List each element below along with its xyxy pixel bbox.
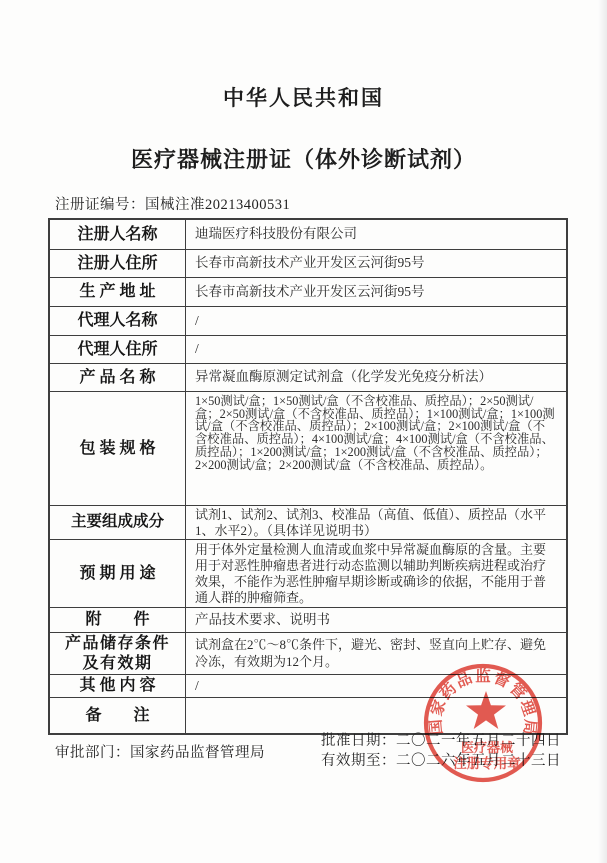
row-label: 其 他 内 容 — [50, 675, 186, 697]
country-title: 中华人民共和国 — [0, 82, 607, 112]
certificate-page: 中华人民共和国 医疗器械注册证（体外诊断试剂） 注册证编号：国械注准202134… — [0, 0, 607, 863]
row-label: 注册人名称 — [50, 220, 186, 249]
row-value: / — [186, 336, 566, 363]
table-row-product-name: 产 品 名 称 异常凝血酶原测定试剂盒（化学发光免疫分析法） — [50, 363, 566, 391]
seal-ring-char: 局 — [520, 719, 539, 736]
row-label: 注册人住所 — [50, 250, 186, 277]
official-seal-stamp: 国 家 药 品 监 督 管 理 局 医疗器械 注册专用章 — [410, 650, 562, 802]
row-label: 代理人住所 — [50, 336, 186, 363]
row-label: 主要组成成分 — [50, 506, 186, 539]
row-value: / — [186, 307, 566, 335]
seal-inner-line2: 注册专用章 — [453, 755, 521, 771]
row-label: 代理人名称 — [50, 307, 186, 335]
row-label: 产品储存条件及有效期 — [50, 633, 186, 674]
row-value: 长春市高新技术产业开发区云河街95号 — [186, 250, 566, 277]
row-value: 产品技术要求、说明书 — [186, 608, 566, 632]
row-label: 备 注 — [50, 698, 186, 733]
table-row-agent-address: 代理人住所 / — [50, 335, 566, 363]
table-row-registrant-name: 注册人名称 迪瑞医疗科技股份有限公司 — [50, 220, 566, 249]
row-label: 附 件 — [50, 608, 186, 632]
table-row-main-components: 主要组成成分 试剂1、试剂2、试剂3、校准品（高值、低值）、质控品（水平1、水平… — [50, 505, 566, 539]
table-row-intended-use: 预 期 用 途 用于体外定量检测人血清或血浆中异常凝血酶原的含量。主要用于对恶性… — [50, 539, 566, 607]
approval-department: 审批部门：国家药品监督管理局 — [55, 741, 265, 762]
row-label: 生 产 地 址 — [50, 278, 186, 306]
row-value: 长春市高新技术产业开发区云河街95号 — [186, 278, 566, 306]
row-value: 异常凝血酶原测定试剂盒（化学发光免疫分析法） — [186, 364, 566, 391]
table-row-agent-name: 代理人名称 / — [50, 306, 566, 335]
row-value: 1×50测试/盒；1×50测试/盒（不含校准品、质控品）；2×50测试/盒；2×… — [186, 392, 566, 505]
table-row-attachments: 附 件 产品技术要求、说明书 — [50, 607, 566, 632]
row-value: 试剂1、试剂2、试剂3、校准品（高值、低值）、质控品（水平1、水平2）。（具体详… — [186, 506, 566, 539]
row-label: 预 期 用 途 — [50, 540, 186, 607]
seal-ring-char: 国 — [425, 718, 445, 736]
star-icon — [466, 691, 506, 729]
table-row-packaging-spec: 包 装 规 格 1×50测试/盒；1×50测试/盒（不含校准品、质控品）；2×5… — [50, 391, 566, 505]
row-label: 包 装 规 格 — [50, 392, 186, 505]
table-row-production-address: 生 产 地 址 长春市高新技术产业开发区云河街95号 — [50, 277, 566, 306]
row-value: 用于体外定量检测人血清或血浆中异常凝血酶原的含量。主要用于对恶性肿瘤患者进行动态… — [186, 540, 566, 607]
table-row-registrant-address: 注册人住所 长春市高新技术产业开发区云河街95号 — [50, 249, 566, 277]
row-value: 迪瑞医疗科技股份有限公司 — [186, 220, 566, 249]
seal-inner-line1: 医疗器械 — [461, 740, 514, 755]
certificate-title: 医疗器械注册证（体外诊断试剂） — [0, 143, 607, 174]
registration-number: 注册证编号：国械注准20213400531 — [55, 193, 290, 214]
row-label: 产 品 名 称 — [50, 364, 186, 391]
seal-ring-char: 监 — [475, 666, 491, 685]
